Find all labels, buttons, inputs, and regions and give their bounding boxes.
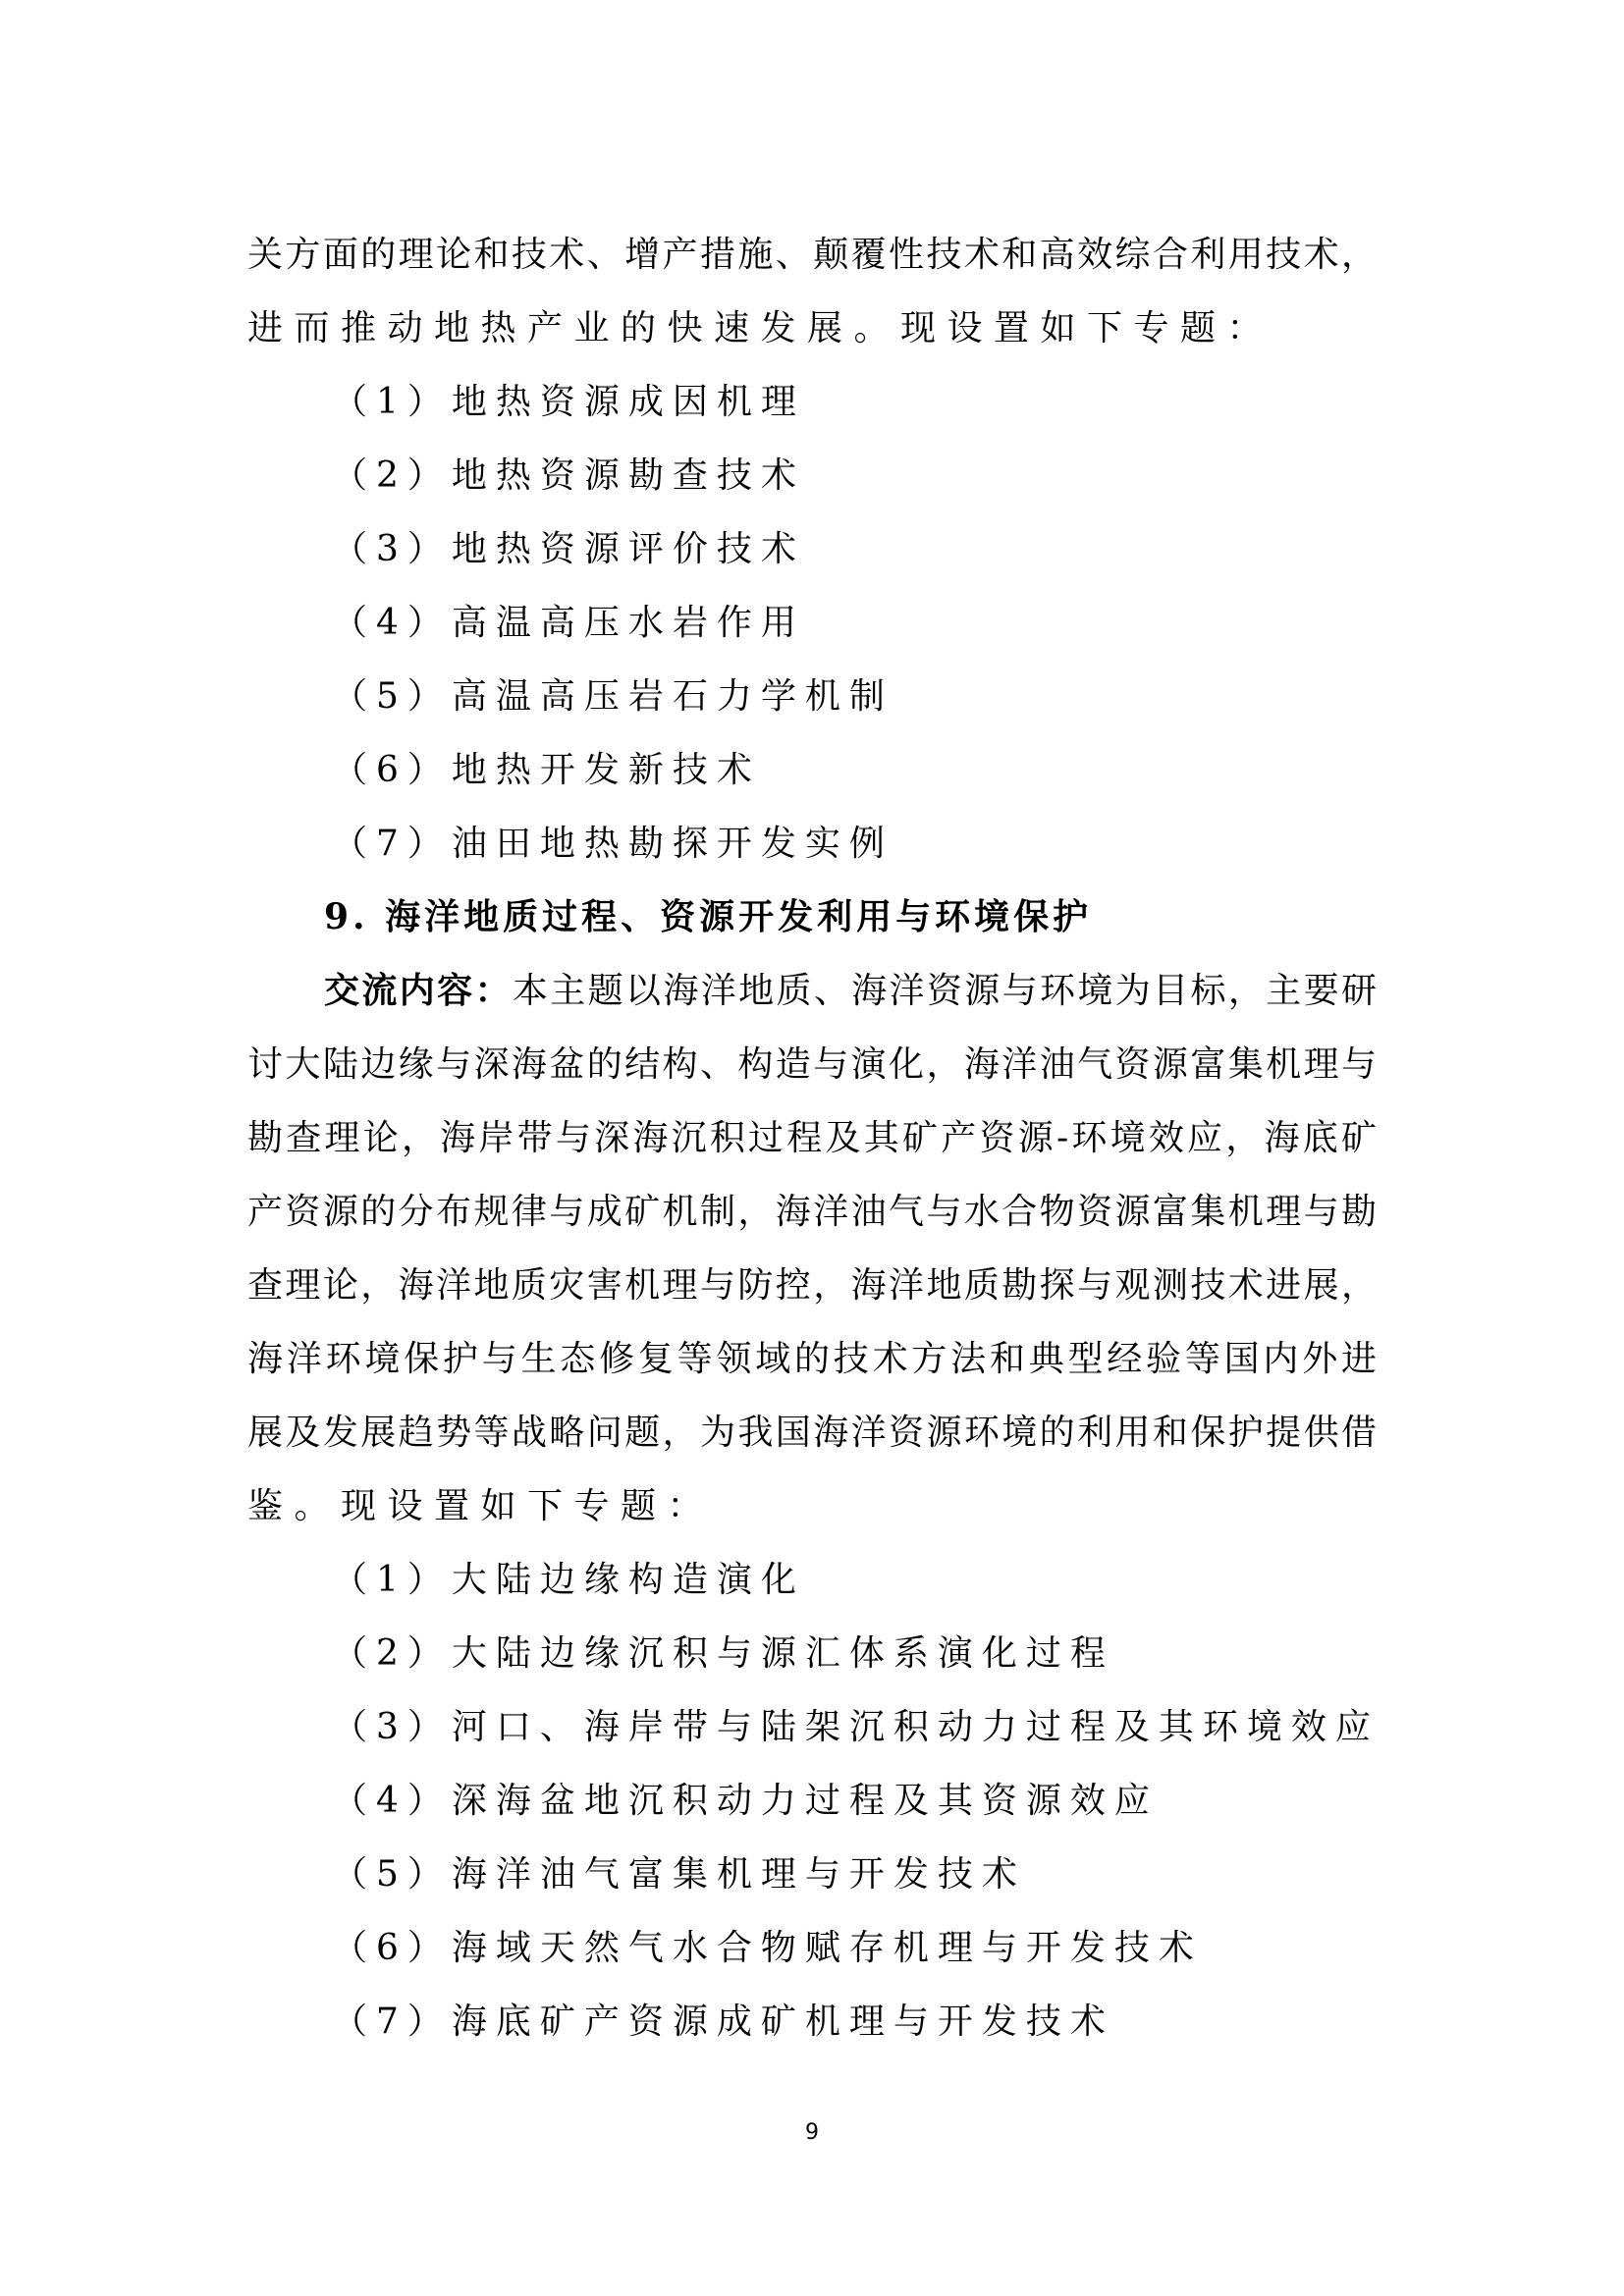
- topic-list-geothermal: （1）地热资源成因机理 （2）地热资源勘查技术 （3）地热资源评价技术 （4）高…: [247, 365, 1377, 881]
- topic-list-marine: （1）大陆边缘构造演化 （2）大陆边缘沉积与源汇体系演化过程 （3）河口、海岸带…: [247, 1543, 1377, 2058]
- list-item: （5）高温高压岩石力学机制: [247, 660, 1377, 733]
- page-number: 9: [0, 2120, 1624, 2145]
- paragraph-line: 进而推动地热产业的快速发展。现设置如下专题：: [247, 292, 1377, 365]
- list-item: （6）地热开发新技术: [247, 733, 1377, 807]
- document-page: 关方面的理论和技术、增产措施、颠覆性技术和高效综合利用技术， 进而推动地热产业的…: [0, 0, 1624, 2296]
- list-item: （4）深海盆地沉积动力过程及其资源效应: [247, 1764, 1377, 1838]
- list-item: （2）地热资源勘查技术: [247, 439, 1377, 512]
- list-item: （1）大陆边缘构造演化: [247, 1543, 1377, 1617]
- list-item: （2）大陆边缘沉积与源汇体系演化过程: [247, 1617, 1377, 1690]
- list-item: （6）海域天然气水合物赋存机理与开发技术: [247, 1911, 1377, 1985]
- paragraph-line: 海洋环境保护与生态修复等领域的技术方法和典型经验等国内外进: [247, 1322, 1377, 1396]
- list-item: （1）地热资源成因机理: [247, 365, 1377, 439]
- paragraph-line: 鉴。现设置如下专题：: [247, 1469, 1377, 1543]
- paragraph-line: 产资源的分布规律与成矿机制，海洋油气与水合物资源富集机理与勘: [247, 1175, 1377, 1249]
- list-item: （3）地热资源评价技术: [247, 512, 1377, 586]
- paragraph-line: 关方面的理论和技术、增产措施、颠覆性技术和高效综合利用技术，: [247, 218, 1377, 292]
- paragraph-line: 交流内容：本主题以海洋地质、海洋资源与环境为目标，主要研: [247, 954, 1377, 1028]
- paragraph-line: 勘查理论，海岸带与深海沉积过程及其矿产资源-环境效应，海底矿: [247, 1101, 1377, 1175]
- paragraph-text: 本主题以海洋地质、海洋资源与环境为目标，主要研: [513, 971, 1377, 1011]
- paragraph-line: 展及发展趋势等战略问题，为我国海洋资源环境的利用和保护提供借: [247, 1396, 1377, 1469]
- section-heading: 9. 海洋地质过程、资源开发利用与环境保护: [247, 881, 1377, 954]
- section-9-paragraph: 交流内容：本主题以海洋地质、海洋资源与环境为目标，主要研 讨大陆边缘与深海盆的结…: [247, 954, 1377, 1543]
- paragraph-line: 查理论，海洋地质灾害机理与防控，海洋地质勘探与观测技术进展，: [247, 1249, 1377, 1322]
- list-item: （3）河口、海岸带与陆架沉积动力过程及其环境效应: [247, 1690, 1377, 1764]
- list-item: （4）高温高压水岩作用: [247, 586, 1377, 660]
- paragraph-line: 讨大陆边缘与深海盆的结构、构造与演化，海洋油气资源富集机理与: [247, 1028, 1377, 1101]
- lead-label: 交流内容：: [324, 970, 513, 1011]
- page-content: 关方面的理论和技术、增产措施、颠覆性技术和高效综合利用技术， 进而推动地热产业的…: [247, 218, 1377, 2058]
- list-item: （7）海底矿产资源成矿机理与开发技术: [247, 1985, 1377, 2058]
- list-item: （7）油田地热勘探开发实例: [247, 807, 1377, 881]
- list-item: （5）海洋油气富集机理与开发技术: [247, 1838, 1377, 1911]
